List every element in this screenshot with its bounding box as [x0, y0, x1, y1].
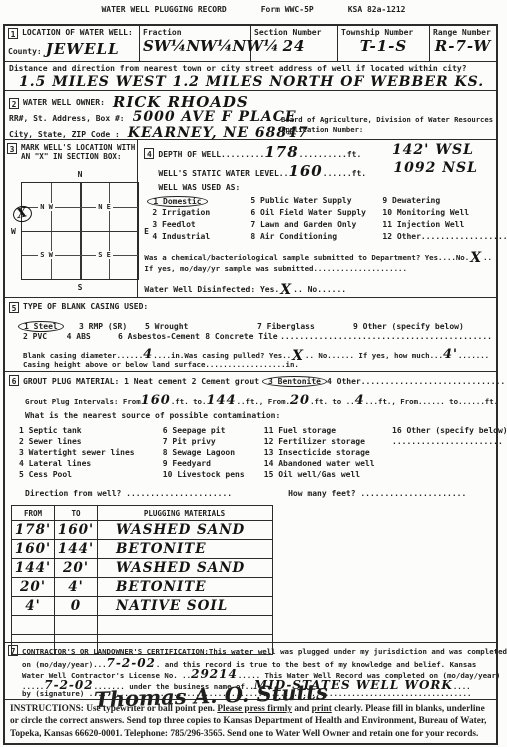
section-number-value: 24 [254, 37, 334, 55]
print-underlined: print [312, 704, 332, 714]
interval2-from: 20 [290, 393, 310, 408]
quadrant-sw-label: S W [38, 251, 55, 259]
agency-label: Board of Agriculture, Division of Water … [281, 115, 499, 124]
mark-location-line2: AN "X" IN SECTION BOX: [21, 152, 135, 161]
quadrant-nw-label: N W [38, 203, 55, 211]
section-7-number: 7 [8, 645, 18, 656]
form-header: WATER WELL PLUGGING RECORD Form WWC-5P K… [0, 5, 507, 14]
casing-other: 9 Other (specify below) [353, 322, 464, 331]
section-7-certification: 7 CONTRACTOR'S OR LANDOWNER'S CERTIFICAT… [5, 643, 496, 700]
fraction-value: SW¼NW¼NW¼ [143, 37, 247, 55]
sample-no-x-mark: X [470, 254, 482, 262]
contam-oil-gas: 15 Oil well/Gas well [264, 470, 392, 481]
section-5-number: 5 [9, 302, 19, 313]
form-statute: KSA 82a-1212 [348, 5, 406, 14]
well-use-options: 1 Domestic 2 Irrigation 3 Feedlot 4 Indu… [144, 196, 492, 244]
use-feedlot: 3 Feedlot [152, 220, 250, 232]
casing-wrought: 5 Wrought [145, 322, 257, 331]
contam-livestock: 10 Livestock pens [163, 470, 264, 481]
casing-abs: 4 ABS [67, 332, 118, 341]
section-number-cell: Section Number 24 [251, 26, 338, 61]
table-row: 20' 4' BETONITE [12, 578, 272, 597]
use-lawn-garden: 7 Lawn and Garden Only [250, 220, 382, 232]
col-from-header: FROM [12, 506, 55, 520]
pulled-label: Was casing pulled? Yes.. [184, 351, 291, 360]
application-number-label: Application Number: [281, 125, 499, 134]
casing-steel-circled: 1 Steel [18, 321, 64, 332]
diameter-label: Blank casing diameter...... [23, 351, 143, 360]
use-domestic-circled: 1 Domestic [147, 196, 207, 207]
compass-north-label: N [78, 170, 83, 179]
table-row: 144' 20' WASHED SAND [12, 559, 272, 578]
range-value: R-7-W [433, 37, 493, 55]
owner-label: WATER WELL OWNER: [23, 98, 105, 109]
distance-row: Distance and direction from nearest town… [5, 62, 496, 91]
use-irrigation: 2 Irrigation [152, 208, 250, 220]
license-number-value: 29214 [191, 667, 238, 681]
casing-rmp: 3 RMP (SR) [79, 322, 145, 331]
township-label: Township Number [341, 28, 426, 37]
disinfected-label: Water Well Disinfected: Yes. [144, 285, 279, 294]
grout-other: 4 Other.............................. [327, 377, 505, 386]
col-materials-header: PLUGGING MATERIALS [98, 506, 271, 520]
contam-abandoned: 14 Abandoned water well [264, 459, 392, 470]
contam-sewer: 2 Sewer lines [19, 437, 163, 448]
contam-fertilizer: 12 Fertilizer storage [264, 437, 392, 448]
casing-asbestos: 6 Asbestos-Cement [118, 332, 205, 341]
form-number: Form WWC-5P [261, 5, 314, 14]
water-well-plugging-record-form: WATER WELL PLUGGING RECORD Form WWC-5P K… [0, 0, 507, 747]
section-2-owner: 2 WATER WELL OWNER: RICK RHOADS RR#, St.… [5, 91, 496, 140]
distance-label: Distance and direction from nearest town… [9, 64, 492, 73]
disinfected-yes-x-mark: X [280, 286, 292, 294]
plugged-date-value: 7-2-02 [107, 656, 156, 670]
table-row-empty [12, 616, 272, 635]
address-value: 5000 AVE F PLACE [133, 109, 297, 125]
casing-title: TYPE OF BLANK CASING USED: [23, 302, 148, 313]
col-to-header: TO [55, 506, 98, 520]
section-3-4-row: 3 MARK WELL'S LOCATION WITH AN "X" IN SE… [5, 140, 496, 298]
use-industrial: 4 Industrial [152, 232, 250, 244]
section-number-label: Section Number [254, 28, 334, 37]
range-cell: Range Number R-7-W [430, 26, 496, 61]
table-row: 4' 0 NATIVE SOIL [12, 597, 272, 616]
form-body: 1 LOCATION OF WATER WELL: County: JEWELL… [3, 24, 498, 745]
compass-west-label: W [11, 227, 16, 236]
section-3-mark-location: 3 MARK WELL'S LOCATION WITH AN "X" IN SE… [5, 140, 138, 297]
address-label: RR#, St. Address, Box #: [9, 114, 125, 123]
township-cell: Township Number T-1-S [338, 26, 430, 61]
contam-insecticide: 13 Insecticide storage [264, 448, 392, 459]
range-label: Range Number [433, 28, 493, 37]
contamination-options: 1 Septic tank 2 Sewer lines 3 Watertight… [19, 426, 492, 481]
city-label: City, State, ZIP Code : [9, 130, 120, 139]
contam-septic: 1 Septic tank [19, 426, 163, 437]
section-3-number: 3 [7, 143, 17, 154]
contam-watertight: 3 Watertight sewer lines [19, 448, 163, 459]
interval1-from: 160 [141, 393, 171, 408]
grout-bentonite-circled: 3 Bentonite [262, 376, 327, 387]
static-level-label: WELL'S STATIC WATER LEVEL.. [158, 169, 288, 178]
grout-title: GROUT PLUG MATERIAL: 1 Neat cement 2 Cem… [23, 377, 259, 386]
instructions-text: INSTRUCTIONS: Use typewriter or ball poi… [10, 703, 491, 740]
casing-other-dots: ........................................… [280, 332, 492, 341]
compass-south-label: S [78, 283, 83, 292]
section-4-well-details: 4 DEPTH OF WELL......... 178 ..........f… [138, 140, 496, 297]
contam-lateral: 4 Lateral lines [19, 459, 163, 470]
use-other: 12 Other................... [382, 232, 482, 244]
contam-fuel: 11 Fuel storage [264, 426, 392, 437]
casing-height-line: Casing height above or below land surfac… [23, 360, 299, 369]
press-firmly-underlined: Please press firmly [217, 704, 292, 714]
sample-question: Was a chemical/bacteriological sample su… [144, 253, 469, 262]
contamination-question: What is the nearest source of possible c… [25, 411, 492, 420]
mark-location-line1: MARK WELL'S LOCATION WITH [21, 143, 135, 152]
fraction-label: Fraction [143, 28, 247, 37]
section-1-location: 1 LOCATION OF WATER WELL: County: JEWELL… [5, 26, 496, 62]
section-1-number: 1 [8, 28, 18, 39]
county-label: County: [8, 47, 42, 56]
table-header-row: FROM TO PLUGGING MATERIALS [12, 506, 272, 521]
used-as-label: WELL WAS USED AS: [144, 183, 492, 192]
use-monitoring: 10 Monitoring Well [382, 208, 482, 220]
form-title: WATER WELL PLUGGING RECORD [101, 5, 226, 14]
contam-other: 16 Other (specify below) [392, 426, 492, 437]
use-dewatering: 9 Dewatering [382, 196, 482, 208]
contam-seepage: 6 Seepage pit [163, 426, 264, 437]
if-yes-line: If yes, mo/day/yr sample was submitted..… [144, 264, 407, 273]
fraction-cell: Fraction SW¼NW¼NW¼ [140, 26, 251, 61]
feet-question: How many feet? ...................... [288, 489, 466, 498]
static-level-value: 160 [288, 162, 322, 180]
section-5-casing: 5 TYPE OF BLANK CASING USED: 1 Steel 3 R… [5, 298, 496, 372]
location-label: LOCATION OF WATER WELL: [22, 28, 133, 39]
direction-question: Direction from well? ...................… [25, 489, 232, 498]
depth-value: 178 [264, 143, 298, 161]
use-air-conditioning: 8 Air Conditioning [250, 232, 382, 244]
location-cell: 1 LOCATION OF WATER WELL: County: JEWELL [5, 26, 140, 61]
distance-value: 1.5 MILES WEST 1.2 MILES NORTH OF WEBBER… [19, 74, 492, 90]
contam-cess: 5 Cess Pool [19, 470, 163, 481]
table-row: 178' 160' WASHED SAND [12, 521, 272, 540]
contam-lagoon: 8 Sewage Lagoon [163, 448, 264, 459]
contam-feedyard: 9 Feedyard [163, 459, 264, 470]
contam-other-dots: ....................... [392, 437, 492, 448]
contam-privy: 7 Pit privy [163, 437, 264, 448]
pulled-yes-x-mark: X [292, 352, 304, 360]
pulled-amount-value: 4' [443, 347, 458, 362]
instructions-block: INSTRUCTIONS: Use typewriter or ball poi… [5, 700, 496, 743]
quadrant-se-label: S E [96, 251, 113, 259]
section-6-number: 6 [9, 375, 19, 386]
table-row: 160' 144' BETONITE [12, 540, 272, 559]
interval1-to: 144 [206, 393, 236, 408]
casing-pvc: 2 PVC [23, 332, 67, 341]
agency-block: Board of Agriculture, Division of Water … [281, 115, 499, 134]
section-6-grout: 6 GROUT PLUG MATERIAL: 1 Neat cement 2 C… [5, 372, 496, 643]
plugging-materials-table: FROM TO PLUGGING MATERIALS 178' 160' WAS… [11, 505, 273, 655]
quadrant-ne-label: N E [96, 203, 113, 211]
township-value: T-1-S [341, 37, 426, 55]
wsl-note: 142' WSL [392, 142, 474, 158]
depth-label: DEPTH OF WELL......... [158, 150, 264, 159]
section-2-number: 2 [9, 98, 19, 109]
casing-concrete: 8 Concrete Tile [205, 332, 280, 341]
use-injection: 11 Injection Well [382, 220, 482, 232]
use-oil-field: 6 Oil Field Water Supply [250, 208, 382, 220]
intervals-label: Grout Plug Intervals: From [25, 397, 141, 406]
certification-line1: CONTRACTOR'S OR LANDOWNER'S CERTIFICATIO… [22, 647, 507, 656]
section-4-number: 4 [144, 148, 154, 159]
use-public-water: 5 Public Water Supply [250, 196, 382, 208]
casing-fiberglass: 7 Fiberglass [257, 322, 353, 331]
nsl-note: 1092 NSL [393, 160, 478, 176]
county-value: JEWELL [46, 40, 120, 58]
interval2-to: 4 [355, 393, 365, 408]
section-box-grid: N S W E N W N E S W S E X [21, 182, 139, 280]
